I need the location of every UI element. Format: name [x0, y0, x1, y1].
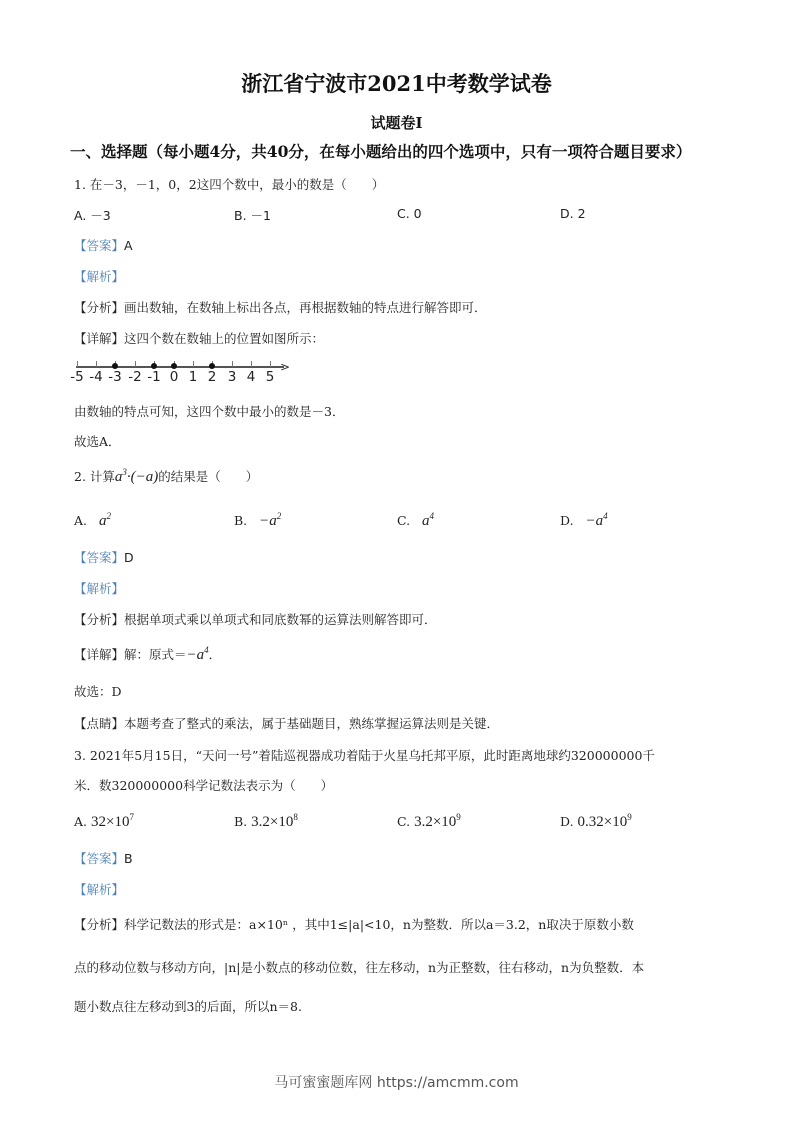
option-letter: D. [560, 513, 574, 528]
q1-conclusion: 由数轴的特点可知，这四个数中最小的数是－3． [74, 402, 344, 420]
q3-analysis-line1: 【分析】科学记数法的形式是：a×10ⁿ ，其中1≤|a|<10，n为整数．所以a… [74, 915, 634, 933]
tick-label: 5 [266, 369, 275, 385]
option-letter: C. [397, 814, 410, 829]
analysis-label: 【分析】 [74, 612, 124, 627]
tick-label: 4 [247, 369, 256, 385]
q2-expression: a3·(−a) [115, 469, 158, 485]
comment-label: 【点睛】 [74, 716, 124, 731]
tick [96, 361, 97, 367]
page-title: 浙江省宁波市2021中考数学试卷 [0, 68, 793, 98]
footer-watermark: 马可蜜蜜题库网 https://amcmm.com [0, 1072, 793, 1092]
q1-option-a: A. －3 [74, 206, 111, 224]
q3-analysis-heading: 【解析】 [74, 880, 124, 898]
q3-option-b: B. 3.2×108 [234, 812, 298, 831]
q1-option-d: D. 2 [560, 206, 586, 221]
q2-option-a: A. a2 [74, 511, 111, 530]
tick [193, 361, 194, 367]
option-exp: 9 [627, 812, 632, 822]
analysis-label: 【分析】 [74, 917, 124, 932]
q2-comment: 【点睛】本题考查了整式的乘法，属于基础题目，熟练掌握运算法则是关键． [74, 714, 499, 732]
q3-answer-value: B [124, 851, 133, 866]
tick-label: -1 [147, 369, 160, 385]
arrow-right-icon: > [280, 360, 290, 374]
tick [232, 361, 233, 367]
q1-option-b: B. －1 [234, 206, 271, 224]
tick-label: 0 [170, 369, 179, 385]
number-line: > -5 -4 -3 -2 -1 0 1 2 3 4 5 [74, 357, 294, 387]
option-letter: B. [234, 814, 247, 829]
tick [270, 361, 271, 367]
q2-stem: 2. 计算a3·(−a)的结果是（ ） [74, 467, 258, 486]
detail-label: 【详解】 [74, 331, 124, 346]
tick [135, 361, 136, 367]
option-exp: 8 [293, 812, 298, 822]
option-base: a [422, 513, 430, 529]
q2-answer: 【答案】D [74, 548, 134, 566]
option-exp: 2 [277, 511, 282, 521]
q3-option-d: D. 0.32×109 [560, 812, 632, 831]
option-letter: A. [74, 814, 87, 829]
tick [251, 361, 252, 367]
q1-option-c: C. 0 [397, 206, 422, 221]
section-heading: 一、选择题（每小题4分，共40分，在每小题给出的四个选项中，只有一项符合题目要求… [70, 140, 691, 162]
q1-analysis-heading: 【解析】 [74, 267, 124, 285]
option-letter: A. [74, 513, 87, 528]
q1-detail: 【详解】这四个数在数轴上的位置如图所示： [74, 329, 324, 347]
q2-option-c: C. a4 [397, 511, 434, 530]
answer-label: 【答案】 [74, 550, 124, 565]
q3-option-a: A. 32×107 [74, 812, 134, 831]
q1-stem: 1. 在－3，－1，0，2这四个数中，最小的数是（ ） [74, 175, 384, 193]
q3-analysis-text1: 科学记数法的形式是：a×10ⁿ ，其中1≤|a|<10，n为整数．所以a＝3.2… [124, 917, 634, 932]
option-base: a [269, 513, 277, 529]
tick-label: 1 [189, 369, 198, 385]
q1-answer-value: A [124, 238, 133, 253]
option-letter: C. [397, 513, 410, 528]
option-mantissa: 3.2×10 [251, 814, 293, 830]
option-exp: 9 [456, 812, 461, 822]
option-mantissa: 3.2×10 [414, 814, 456, 830]
q2-detail: 【详解】解：原式＝−a4． [74, 645, 221, 664]
q1-analysis-text: 画出数轴，在数轴上标出各点，再根据数轴的特点进行解答即可． [124, 300, 487, 315]
q2-answer-value: D [124, 550, 134, 565]
q2-comment-text: 本题考查了整式的乘法，属于基础题目，熟练掌握运算法则是关键． [124, 716, 499, 731]
q1-detail-text: 这四个数在数轴上的位置如图所示： [124, 331, 324, 346]
number-line-axis [76, 366, 284, 368]
tick-label: 2 [208, 369, 217, 385]
q3-analysis-line3: 题小数点往左移动到3的后面，所以n＝8. [74, 997, 302, 1015]
answer-label: 【答案】 [74, 851, 124, 866]
option-mantissa: 32×10 [91, 814, 129, 830]
q2-detail-prefix: 解：原式＝ [124, 647, 187, 662]
option-letter: B. [234, 513, 247, 528]
tick-label: -4 [89, 369, 102, 385]
q1-choice: 故选A． [74, 432, 121, 450]
q3-option-c: C. 3.2×109 [397, 812, 461, 831]
tick-label: -5 [70, 369, 83, 385]
q2-analysis-text: 根据单项式乘以单项式和同底数幂的运算法则解答即可． [124, 612, 437, 627]
q3-stem-line2: 米．数320000000科学记数法表示为（ ） [74, 776, 333, 794]
option-exp: 4 [430, 511, 435, 521]
tick-label: -3 [108, 369, 121, 385]
option-sign: − [585, 513, 595, 529]
q2-stem-prefix: 2. 计算 [74, 469, 115, 484]
q2-detail-exp: 4 [204, 645, 209, 655]
option-letter: D. [560, 814, 574, 829]
q2-option-b: B. −a2 [234, 511, 281, 530]
tick-label: -2 [128, 369, 141, 385]
q1-answer: 【答案】A [74, 236, 133, 254]
option-exp: 7 [129, 812, 134, 822]
q2-detail-base: −a [187, 647, 205, 663]
q2-analysis: 【分析】根据单项式乘以单项式和同底数幂的运算法则解答即可． [74, 610, 437, 628]
option-mantissa: 0.32×10 [578, 814, 628, 830]
q2-stem-suffix: 的结果是（ ） [158, 469, 258, 484]
tick [77, 361, 78, 367]
option-exp: 2 [106, 511, 111, 521]
q2-choice: 故选：D [74, 682, 122, 700]
tick-label: 3 [228, 369, 237, 385]
paper-subtitle: 试题卷Ⅰ [0, 112, 793, 133]
q3-analysis-line2: 点的移动位数与移动方向，|n|是小数点的移动位数，往左移动，n为正整数，往右移动… [74, 958, 644, 976]
q2-detail-math: −a4 [187, 647, 209, 663]
q1-analysis: 【分析】画出数轴，在数轴上标出各点，再根据数轴的特点进行解答即可． [74, 298, 487, 316]
analysis-label: 【分析】 [74, 300, 124, 315]
q3-stem-line1: 3. 2021年5月15日，“天问一号”着陆巡视器成功着陆于火星乌托邦平原，此时… [74, 746, 655, 764]
option-sign: − [259, 513, 269, 529]
q2-analysis-heading: 【解析】 [74, 579, 124, 597]
answer-label: 【答案】 [74, 238, 124, 253]
detail-label: 【详解】 [74, 647, 124, 662]
q3-answer: 【答案】B [74, 849, 133, 867]
q2-option-d: D. −a4 [560, 511, 608, 530]
option-base: a [596, 513, 604, 529]
option-exp: 4 [603, 511, 608, 521]
